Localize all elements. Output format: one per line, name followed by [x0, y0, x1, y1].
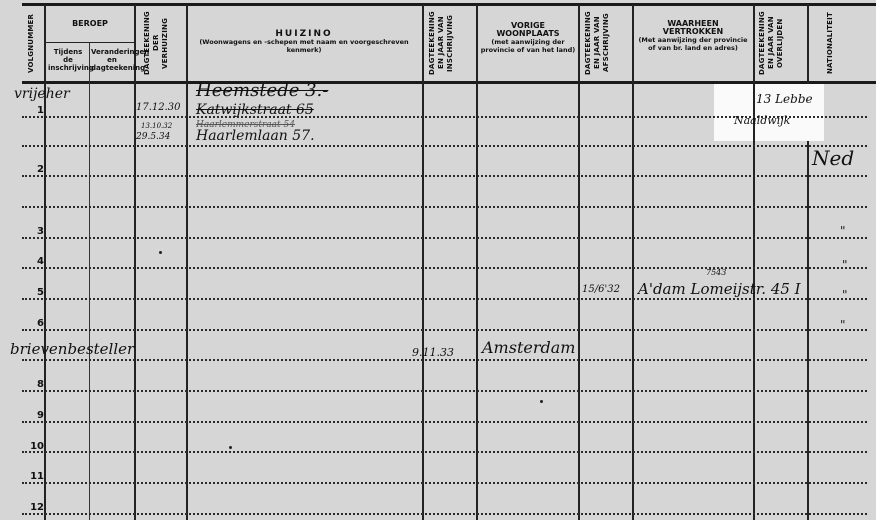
header-waarheen: WAARHEEN VERTROKKEN (Met aanwijzing der … — [636, 20, 750, 52]
row-number: 1 — [30, 105, 44, 116]
col-divider — [186, 4, 188, 520]
entry-date: 17.12.30 — [136, 102, 181, 113]
row-rule — [22, 267, 867, 269]
row-rule — [22, 513, 867, 515]
header-vorige-woonplaats-subtitle: (met aanwijzing der provincie of van het… — [480, 38, 576, 54]
row-rule — [22, 329, 867, 331]
entry-waarheen-note: 7543 — [706, 268, 726, 277]
row-rule — [22, 451, 867, 453]
header-beroep: BEROEP — [46, 20, 134, 28]
entry-address: Heemstede 3.- — [196, 80, 328, 101]
header-huizing: HUIZINO (Woonwagens en -schepen met naam… — [190, 30, 418, 54]
entry-vorige-woonplaats: Amsterdam — [482, 338, 575, 357]
row-rule — [22, 359, 867, 361]
register-sheet: VOLGNUMMER BEROEP Tijdens de inschrijvin… — [0, 0, 876, 520]
header-dagteekening-afschrijving: DAGTEEKENING EN JAAR VAN AFSCHRIJVING — [584, 8, 628, 78]
entry-beroep: brievenbesteller — [10, 340, 134, 358]
entry-address: Katwijkstraat 65 — [196, 102, 314, 118]
row-rule — [22, 237, 867, 239]
entry-date: 29.5.34 — [136, 132, 170, 142]
row-number: 2 — [30, 164, 44, 175]
header-dagteekening-inschrijving: DAGTEEKENING EN JAAR VAN INSCHRIJVING — [428, 8, 472, 78]
row-rule — [22, 390, 867, 392]
col-divider — [134, 4, 136, 520]
col-divider — [753, 4, 755, 520]
header-waarheen-title: WAARHEEN VERTROKKEN — [636, 20, 750, 36]
entry-nationaliteit: " — [840, 224, 846, 238]
entry-address: Haarlemlaan 57. — [196, 128, 315, 144]
col-divider — [578, 4, 580, 520]
entry-overlijden: 13 Lebbe — [756, 92, 813, 106]
header-nationaliteit: NATIONALITEIT — [826, 8, 840, 78]
row-number: 12 — [30, 502, 44, 513]
entry-nationaliteit: " — [840, 318, 846, 332]
header-volgnummer: VOLGNUMMER — [27, 8, 41, 78]
ink-speck — [540, 400, 543, 403]
row-number: 8 — [30, 379, 44, 390]
row-rule — [22, 482, 867, 484]
entry-inschrijving: 9.11.33 — [412, 346, 454, 359]
row-number: 4 — [30, 256, 44, 267]
entry-nationaliteit: " — [842, 258, 848, 272]
row-number: 11 — [30, 471, 44, 482]
entry-waarheen: A'dam Lomeijstr. 45 I — [638, 280, 801, 298]
col-divider — [807, 4, 809, 520]
entry-afschrijving: 15/6'32 — [582, 284, 620, 295]
ink-speck — [229, 446, 232, 449]
entry-beroep: vrijeher — [14, 86, 70, 102]
header-huizing-subtitle: (Woonwagens en -schepen met naam en voor… — [190, 38, 418, 54]
entry-nationaliteit: Ned — [812, 146, 854, 170]
entry-overlijden-place: Naaldwijk — [734, 114, 790, 127]
row-number: 6 — [30, 318, 44, 329]
row-rule — [22, 206, 867, 208]
col-divider — [89, 42, 90, 520]
header-waarheen-subtitle: (Met aanwijzing der provincie of van br.… — [636, 36, 750, 52]
col-divider — [422, 4, 424, 520]
entry-nationaliteit: " — [842, 288, 848, 302]
row-rule — [22, 421, 867, 423]
top-rule — [22, 3, 876, 6]
row-number: 9 — [30, 410, 44, 421]
header-dagteekening-verhuizing: DAGTEEKENING DER VERHUIZING — [143, 8, 179, 78]
header-beroep-veranderingen: Veranderingen en dagteekening — [91, 48, 133, 72]
header-huizing-title: HUIZINO — [190, 30, 418, 38]
row-number: 3 — [30, 226, 44, 237]
col-divider — [44, 4, 46, 520]
entry-date: 13.10.32 — [141, 122, 172, 130]
beroep-subdivider — [45, 42, 134, 43]
col-divider — [753, 84, 755, 141]
row-rule — [22, 298, 867, 300]
col-divider — [476, 4, 478, 520]
header-dagteekening-overlijden: DAGTEEKENING EN JAAR VAN OVERLIJDEN — [758, 8, 802, 78]
header-beroep-tijdens: Tijdens de inschrijving — [48, 48, 88, 72]
row-rule — [22, 145, 867, 147]
row-number: 10 — [30, 441, 44, 452]
row-number: 5 — [30, 287, 44, 298]
ink-speck — [159, 251, 162, 254]
header-vorige-woonplaats-title: VORIGE WOONPLAATS — [480, 22, 576, 38]
col-divider — [632, 4, 634, 520]
header-vorige-woonplaats: VORIGE WOONPLAATS (met aanwijzing der pr… — [480, 22, 576, 54]
row-rule — [22, 175, 867, 177]
